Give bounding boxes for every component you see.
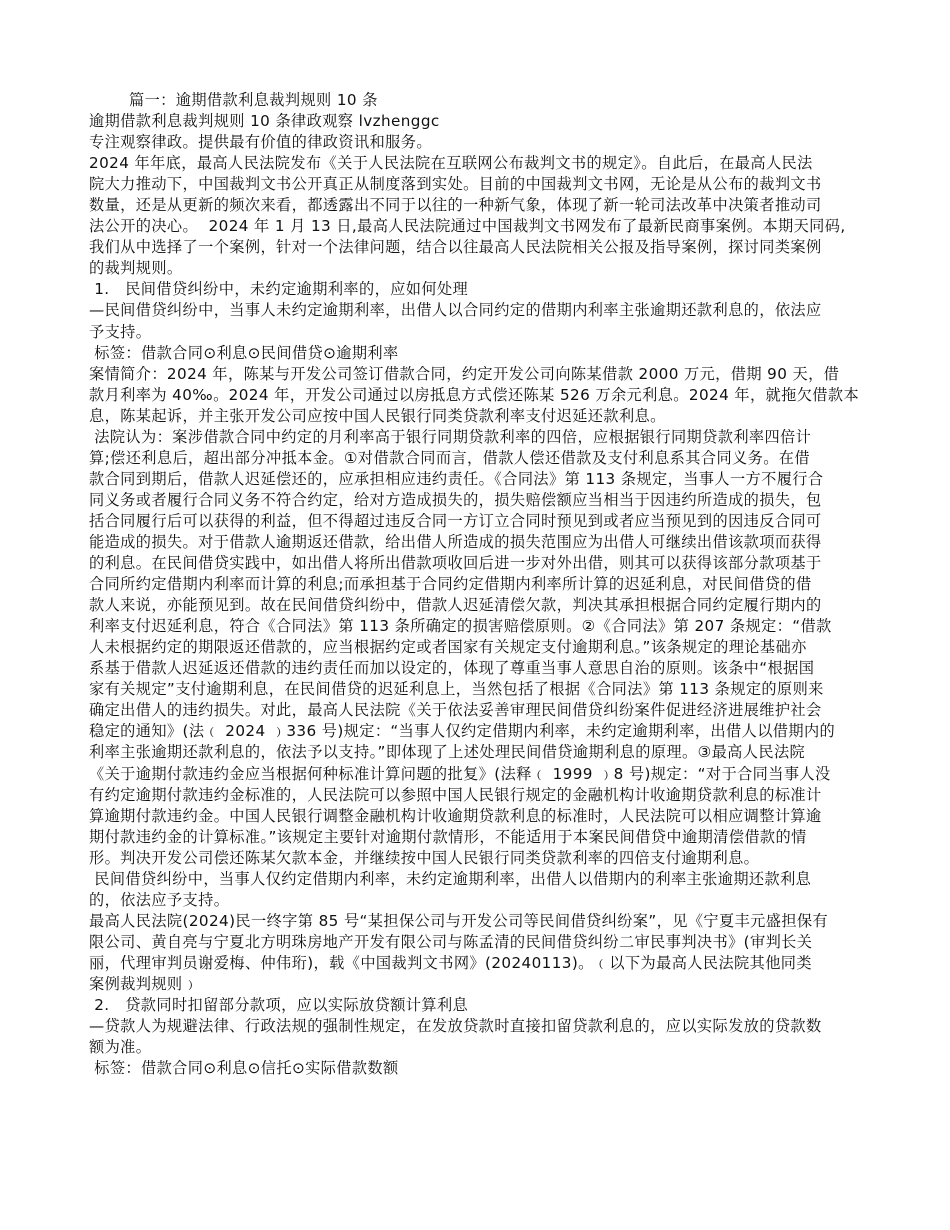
body-line: 确定出借人的违约损失。对此，最高人民法院《关于依法妥善审理民间借贷纠纷案件促进经…: [89, 700, 879, 721]
body-line: 限公司、黄自亮与宁夏北方明珠房地产开发有限公司与陈孟清的民间借贷纠纷二审民事判决…: [89, 932, 879, 953]
section-heading-2: —贷款人为规避法律、行政法规的强制性规定，在发放贷款时直接扣留贷款利息的，应以实…: [89, 1016, 879, 1037]
body-line: 院大力推动下，中国裁判文书公开真正从制度落到实处。目前的中国裁判文书网，无论是从…: [89, 174, 879, 195]
body-line: 的裁判规则。: [89, 258, 879, 279]
body-line: 系基于借款人迟延返还借款的违约责任而加以设定的，体现了尊重当事人意思自治的原则。…: [89, 658, 879, 679]
body-line: 有约定逾期付款违约金标准的，人民法院可以参照中国人民银行规定的金融机构计收逾期贷…: [89, 785, 879, 806]
document-body: 逾期借款利息裁判规则 10 条律政观察 lvzhenggc 专注观察律政。提供最…: [89, 111, 879, 1100]
body-line: 期付款违约金的计算标准。”该规定主要针对逾期付款情形，不能适用于本案民间借贷中逾…: [89, 827, 879, 848]
body-line: 括合同履行后可以获得的利益，但不得超过违反合同一方订立合同时预见到或者应当预见到…: [89, 511, 879, 532]
body-line: 数量，还是从更新的频次来看，都透露出不同于以往的一种新气象，体现了新一轮司法改革…: [89, 195, 879, 216]
body-line: 利率主张逾期还款利息的，依法予以支持。”即体现了上述处理民间借贷逾期利息的原理。…: [89, 742, 879, 763]
body-line: 息，陈某起诉，并主张开发公司应按中国人民银行同类贷款利率支付迟延还款利息。: [89, 406, 879, 427]
body-line: 的，依法应予支持。: [89, 890, 879, 911]
section-heading-1: 1. 民间借贷纠纷中，未约定逾期利率的，应如何处理: [89, 279, 879, 300]
body-line: 法院认为：案涉借款合同中约定的月利率高于银行同期贷款利率的四倍，应根据银行同期贷…: [89, 427, 879, 448]
body-line: 法公开的决心。 2024 年 1 月 13 日,最高人民法院通过中国裁判文书网发…: [89, 216, 879, 237]
body-line: 2. 贷款同时扣留部分款项，应以实际放贷额计算利息: [89, 995, 879, 1016]
body-line: 款合同到期后，借款人迟延偿还的，应承担相应违约责任。《合同法》第 113 条规定…: [89, 469, 879, 490]
body-line: 稳定的通知》(法﹙ 2024 ﹚336 号)规定：“当事人仅约定借期内利率，未约…: [89, 721, 879, 742]
body-line: 算逾期付款违约金。中国人民银行调整金融机构计收逾期贷款利息的标准时，人民法院可以…: [89, 806, 879, 827]
body-line: 形。判决开发公司偿还陈某欠款本金，并继续按中国人民银行同类贷款利率的四倍支付逾期…: [89, 848, 879, 869]
tags-line: [89, 1079, 879, 1100]
body-line: 家有关规定”支付逾期利息，在民间借贷的迟延利息上，当然包括了根据《合同法》第 1…: [89, 679, 879, 700]
body-line: 额为准。: [89, 1037, 879, 1058]
body-line: 最高人民法院(2024)民一终字第 85 号“某担保公司与开发公司等民间借贷纠纷…: [89, 911, 879, 932]
body-line: 逾期借款利息裁判规则 10 条律政观察 lvzhenggc: [89, 111, 879, 132]
body-line: 算;偿还利息后，超出部分冲抵本金。①对借款合同而言，借款人偿还借款及支付利息系其…: [89, 448, 879, 469]
body-line: 专注观察律政。提供最有价值的律政资讯和服务。: [89, 132, 879, 153]
body-line: 案例裁判规则﹚: [89, 974, 879, 995]
body-line: 的利息。在民间借贷实践中，如出借人将所出借款项收回后进一步对外出借，则其可以获得…: [89, 553, 879, 574]
body-line: 我们从中选择了一个案例，针对一个法律问题，结合以往最高人民法院相关公报及指导案例…: [89, 237, 879, 258]
document-title: 篇一：逾期借款利息裁判规则 10 条: [89, 90, 879, 111]
body-line: 款月利率为 40‰。2024 年，开发公司通过以房抵息方式偿还陈某 526 万余…: [89, 385, 879, 406]
body-line: 人未根据约定的期限返还借款的，应当根据约定或者国家有关规定支付逾期利息。”该条规…: [89, 637, 879, 658]
body-line: 能造成的损失。对于借款人逾期返还借款，给出借人所造成的损失范围应为出借人可继续出…: [89, 532, 879, 553]
body-line: 民间借贷纠纷中，当事人仅约定借期内利率，未约定逾期利率，出借人以借期内的利率主张…: [89, 869, 879, 890]
body-line: 同义务或者履行合同义务不符合约定，给对方造成损失的，损失赔偿额应当相当于因违约所…: [89, 490, 879, 511]
body-line: 丽，代理审判员谢爱梅、仲伟珩)，载《中国裁判文书网》(20240113)。﹙以下…: [89, 953, 879, 974]
body-line: 款人来说，亦能预见到。故在民间借贷纠纷中，借款人迟延清偿欠款，判决其承担根据合同…: [89, 595, 879, 616]
body-line: 标签：借款合同⊙利息⊙信托⊙实际借款数额: [89, 1058, 879, 1079]
body-line: 2024 年年底，最高人民法院发布《关于人民法院在互联网公布裁判文书的规定》。自…: [89, 153, 879, 174]
body-line: 案情简介：2024 年，陈某与开发公司签订借款合同，约定开发公司向陈某借款 20…: [89, 364, 879, 385]
body-line: 予支持。: [89, 322, 879, 343]
body-line: 合同所约定借期内利率而计算的利息;而承担基于合同约定借期内利率所计算的迟延利息，…: [89, 574, 879, 595]
body-line: 利率支付迟延利息，符合《合同法》第 113 条所确定的损害赔偿原则。②《合同法》…: [89, 616, 879, 637]
tags-line: 标签：借款合同⊙利息⊙民间借贷⊙逾期利率: [89, 343, 879, 364]
document-page: 篇一：逾期借款利息裁判规则 10 条 逾期借款利息裁判规则 10 条律政观察 l…: [89, 90, 879, 1100]
body-line: —民间借贷纠纷中，当事人未约定逾期利率，出借人以合同约定的借期内利率主张逾期还款…: [89, 300, 879, 321]
body-line: 《关于逾期付款违约金应当根据何种标准计算问题的批复》(法释﹙ 1999 ﹚8 号…: [89, 764, 879, 785]
